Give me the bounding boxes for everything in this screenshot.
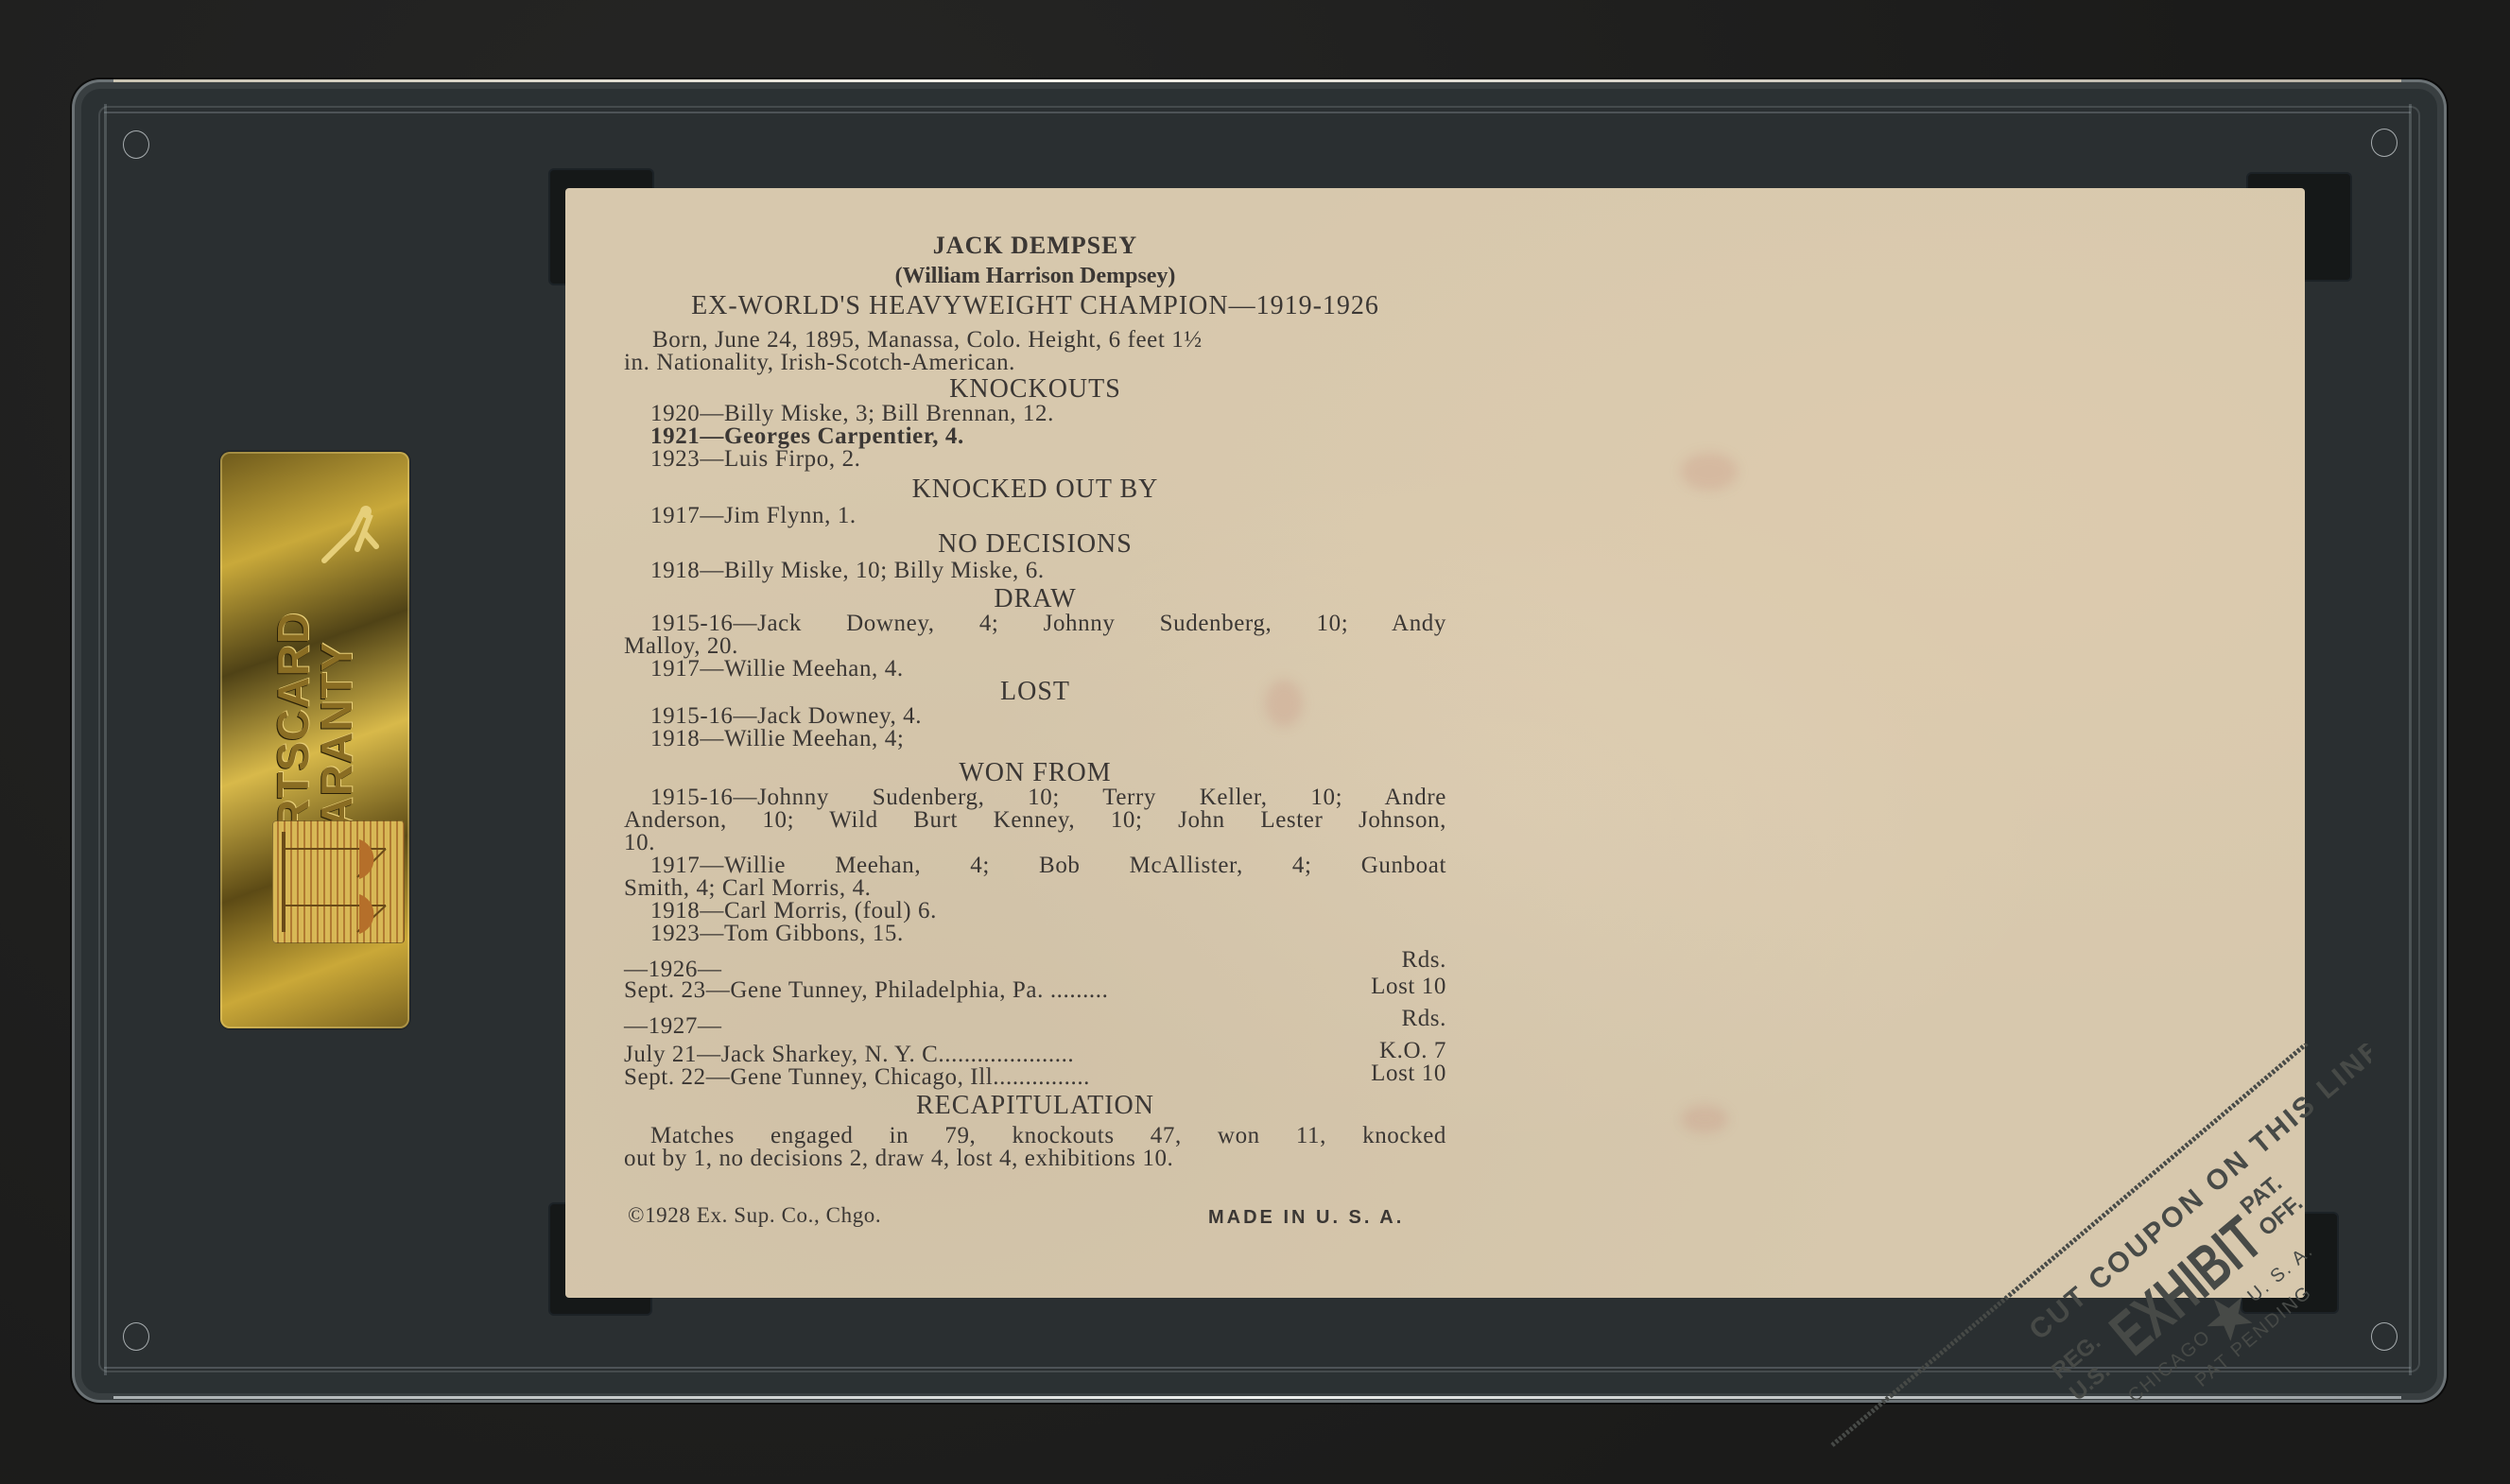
copyright-line: ©1928 Ex. Sup. Co., Chgo. <box>628 1203 881 1228</box>
section-heading-knockouts: KNOCKOUTS <box>624 377 1446 402</box>
bio-line-2: in. Nationality, Irish-Scotch-American. <box>624 351 1015 375</box>
stain <box>1681 1105 1728 1133</box>
recap-line-2: out by 1, no decisions 2, draw 4, lost 4… <box>624 1147 1173 1171</box>
batter-logo-icon <box>315 504 390 570</box>
won-from-line: 1923—Tom Gibbons, 15. <box>650 922 904 946</box>
section-heading-recapitulation: RECAPITULATION <box>624 1094 1446 1118</box>
stain <box>1681 453 1738 491</box>
corner-circle-icon <box>123 1322 149 1351</box>
fight-row-result: Lost 10 <box>624 1061 1446 1086</box>
fight-row-result: K.O. 7 <box>624 1039 1446 1063</box>
exhibit-coupon-stamp: CUT COUPON ON THIS LINE REG. U.S. EXHIBI… <box>1804 1044 2371 1459</box>
rds-label: Rds. <box>624 1007 1446 1031</box>
lost-line: 1918—Willie Meehan, 4; <box>650 727 904 751</box>
slab-edge-top <box>104 112 2411 113</box>
corner-circle-icon <box>123 130 149 159</box>
corner-circle-icon <box>2371 1322 2397 1351</box>
section-heading-won-from: WON FROM <box>624 761 1446 785</box>
sgc-gold-label: SPORTSCARD GUARANTY <box>220 452 409 1028</box>
draw-line: 1917—Willie Meehan, 4. <box>650 657 904 682</box>
won-from-line: Anderson, 10; Wild Burt Kenney, 10; John… <box>624 808 1446 833</box>
knockouts-line: 1923—Luis Firpo, 2. <box>650 447 861 472</box>
slab-top-edge <box>113 79 2401 82</box>
section-heading-draw: DRAW <box>624 587 1446 612</box>
section-heading-no-decisions: NO DECISIONS <box>624 532 1446 557</box>
slab-edge-right <box>2409 104 2412 1375</box>
scales-emblem <box>272 820 405 943</box>
draw-line: 1915-16—Jack Downey, 4; Johnny Sudenberg… <box>650 612 1446 636</box>
made-in-usa: MADE IN U. S. A. <box>1208 1205 1404 1230</box>
section-heading-knocked-out-by: KNOCKED OUT BY <box>624 477 1446 502</box>
corner-circle-icon <box>2371 129 2397 157</box>
trading-card-back: JACK DEMPSEY (William Harrison Dempsey) … <box>565 188 2305 1298</box>
player-full-name: (William Harrison Dempsey) <box>624 264 1446 288</box>
player-name: JACK DEMPSEY <box>624 233 1446 258</box>
scales-icon <box>272 820 405 943</box>
section-heading-lost: LOST <box>624 680 1446 704</box>
no-decisions-line: 1918—Billy Miske, 10; Billy Miske, 6. <box>650 559 1045 583</box>
player-title: EX-WORLD'S HEAVYWEIGHT CHAMPION—1919-192… <box>624 294 1446 319</box>
fight-row-result: Lost 10 <box>624 975 1446 999</box>
slab-edge-left <box>104 104 107 1375</box>
rds-label: Rds. <box>624 948 1446 973</box>
knocked-out-by-line: 1917—Jim Flynn, 1. <box>650 504 857 528</box>
